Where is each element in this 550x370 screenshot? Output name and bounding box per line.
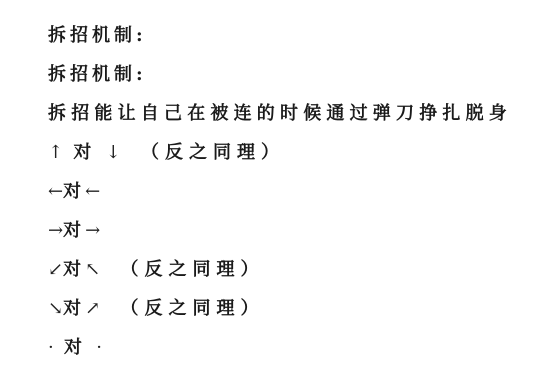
rule-row-neutral: · 对 · [48, 328, 538, 367]
rule-connector: 对 [63, 181, 85, 202]
rule-note: （反之同理） [141, 142, 285, 163]
rule-connector: 对 [63, 298, 85, 319]
rule-row-downleft-upleft: ↙对↖ （反之同理） [48, 250, 538, 289]
heading-line-1: 拆招机制: [48, 16, 538, 55]
rule-row-right-right: →对→ [48, 211, 538, 250]
arrow-up-icon: ↑ [48, 133, 63, 172]
arrow-down-icon: ↓ [106, 133, 121, 172]
arrow-down-right-icon: ↘ [48, 289, 63, 328]
rule-row-left-left: ←对← [48, 172, 538, 211]
rule-connector: 对 [63, 220, 85, 241]
document-body: 拆招机制: 拆招机制: 拆招能让自己在被连的时候通过弹刀挣扎脱身 ↑ 对 ↓ （… [48, 16, 538, 367]
rule-note: （反之同理） [120, 259, 264, 280]
arrow-left-icon: ← [85, 172, 100, 211]
rule-connector: 对 [64, 337, 86, 358]
description-line: 拆招能让自己在被连的时候通过弹刀挣扎脱身 [48, 94, 538, 133]
rule-note: （反之同理） [120, 298, 264, 319]
dot-icon: · [48, 328, 54, 367]
arrow-right-icon: → [85, 211, 100, 250]
arrow-right-icon: → [48, 211, 63, 250]
rule-connector: 对 [73, 142, 95, 163]
arrow-up-right-icon: ↗ [85, 289, 100, 328]
rule-row-downright-upright: ↘对↗ （反之同理） [48, 289, 538, 328]
heading-line-2: 拆招机制: [48, 55, 538, 94]
arrow-left-icon: ← [48, 172, 63, 211]
rule-connector: 对 [63, 259, 85, 280]
rule-row-up-down: ↑ 对 ↓ （反之同理） [48, 133, 538, 172]
arrow-up-left-icon: ↖ [85, 250, 100, 289]
dot-icon: · [96, 328, 102, 367]
arrow-down-left-icon: ↙ [48, 250, 63, 289]
